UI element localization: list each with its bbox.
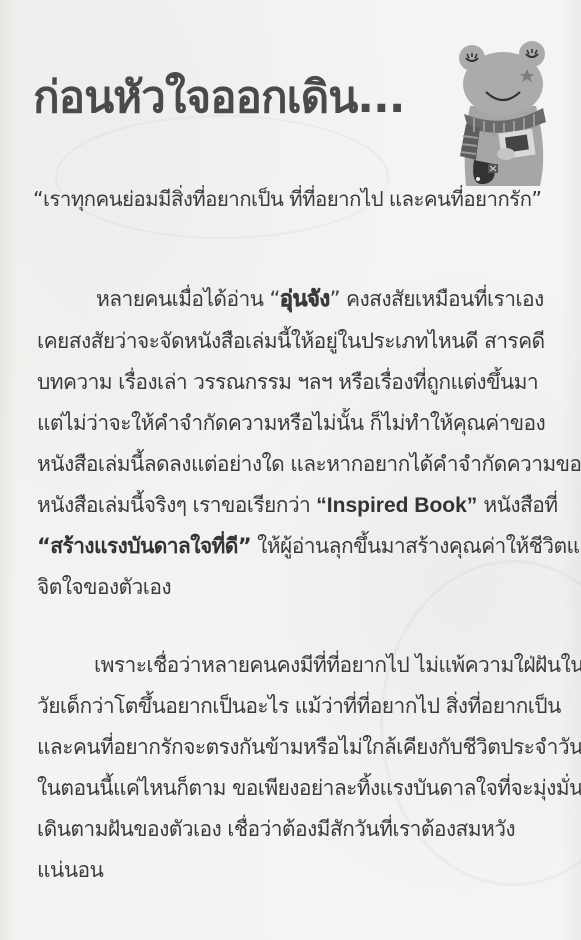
text-span: ให้ผู้อ่านลุกขึ้นมาสร้างคุณค่าให้ชีวิตแล… (251, 534, 581, 558)
text-span: ” คงสงสัยเหมือนที่เราเอง (330, 287, 544, 311)
paragraph-line: หนังสือเล่มนี้ลดลงแต่อย่างใด และหากอยากไ… (37, 449, 581, 479)
text-span: หนังสือเล่มนี้จริงๆ เราขอเรียกว่า (37, 493, 316, 517)
paragraph-line: จิตใจของตัวเอง (37, 572, 171, 602)
paragraph-line: เพราะเชื่อว่าหลายคนคงมีที่ที่อยากไป ไม่แ… (94, 650, 581, 680)
text-span: หนังสือที่ (477, 493, 557, 517)
paragraph-line: เดินตามฝันของตัวเอง เชื่อว่าต้องมีสักวัน… (37, 814, 515, 844)
paragraph-line: แต่ไม่ว่าจะให้คำจำกัดความหรือไม่นั้น ก็ไ… (37, 408, 545, 438)
paragraph-line: บทความ เรื่องเล่า วรรณกรรม ฯลฯ หรือเรื่อ… (37, 367, 538, 397)
text-span: หลายคนเมื่อได้อ่าน “ (96, 287, 280, 311)
paragraph-line: ในตอนนี้แค่ไหนก็ตาม ขอเพียงอย่าละทิ้งแรง… (37, 773, 581, 803)
paragraph-line: หนังสือเล่มนี้จริงๆ เราขอเรียกว่า “Inspi… (37, 490, 558, 521)
paragraph-line: หลายคนเมื่อได้อ่าน “อุ่นจัง” คงสงสัยเหมื… (96, 284, 544, 315)
book-page: ก่อนหัวใจออกเดิน... (0, 0, 581, 940)
paragraph-line: วัยเด็กว่าโตขึ้นอยากเป็นอะไร แม้ว่าที่ที… (37, 691, 561, 721)
chapter-title: ก่อนหัวใจออกเดิน... (33, 68, 404, 128)
bleed-through-decoration (55, 115, 389, 239)
frog-mascot-with-scarf-and-book-icon (448, 36, 558, 196)
inspired-book-emphasis: “Inspired Book” (316, 494, 477, 517)
paragraph-line: เคยสงสัยว่าจะจัดหนังสือเล่มนี้ให้อยู่ในป… (37, 326, 545, 356)
brand-logo-text: อุ่นจัง (280, 285, 330, 315)
paragraph-line: และคนที่อยากรักจะตรงกันข้ามหรือไม่ใกล้เค… (37, 732, 581, 762)
paragraph-line: แน่นอน (37, 855, 103, 885)
paragraph-line: “สร้างแรงบันดาลใจที่ดี” ให้ผู้อ่านลุกขึ้… (37, 531, 581, 561)
epigraph-quote: “เราทุกคนย่อมมีสิ่งที่อยากเป็น ที่ที่อยา… (33, 184, 541, 214)
inspiration-emphasis: “สร้างแรงบันดาลใจที่ดี” (37, 534, 251, 558)
